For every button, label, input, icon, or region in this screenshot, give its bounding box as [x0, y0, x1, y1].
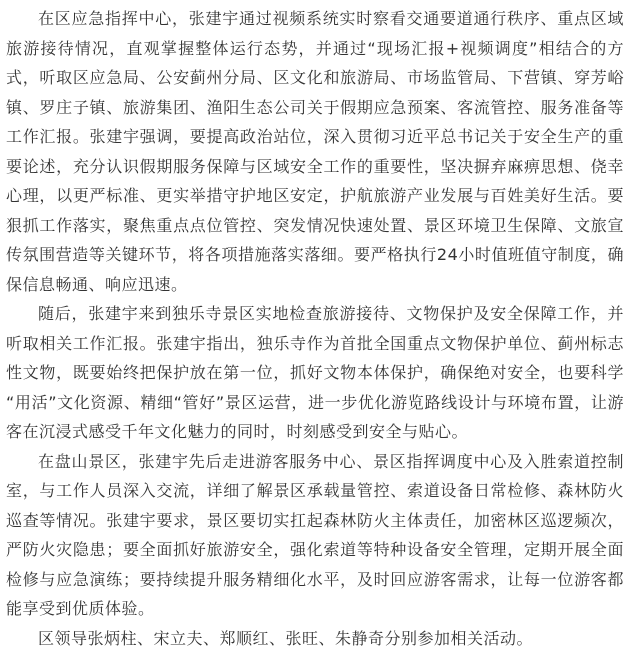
article-body: 在区应急指挥中心，张建宇通过视频系统实时察看交通要道通行秩序、重点区域旅游接待情…: [0, 0, 631, 649]
paragraph-dule-temple: 随后，张建宇来到独乐寺景区实地检查旅游接待、文物保护及安全保障工作，并听取相关工…: [6, 299, 624, 447]
paragraph-command-center: 在区应急指挥中心，张建宇通过视频系统实时察看交通要道通行秩序、重点区域旅游接待情…: [6, 4, 624, 299]
paragraph-panshan-scenic-area: 在盘山景区，张建宇先后走进游客服务中心、景区指挥调度中心及入胜索道控制室，与工作…: [6, 447, 624, 624]
paragraph-district-leaders: 区领导张炳柱、宋立夫、郑顺红、张旺、朱静奇分别参加相关活动。: [6, 624, 624, 649]
